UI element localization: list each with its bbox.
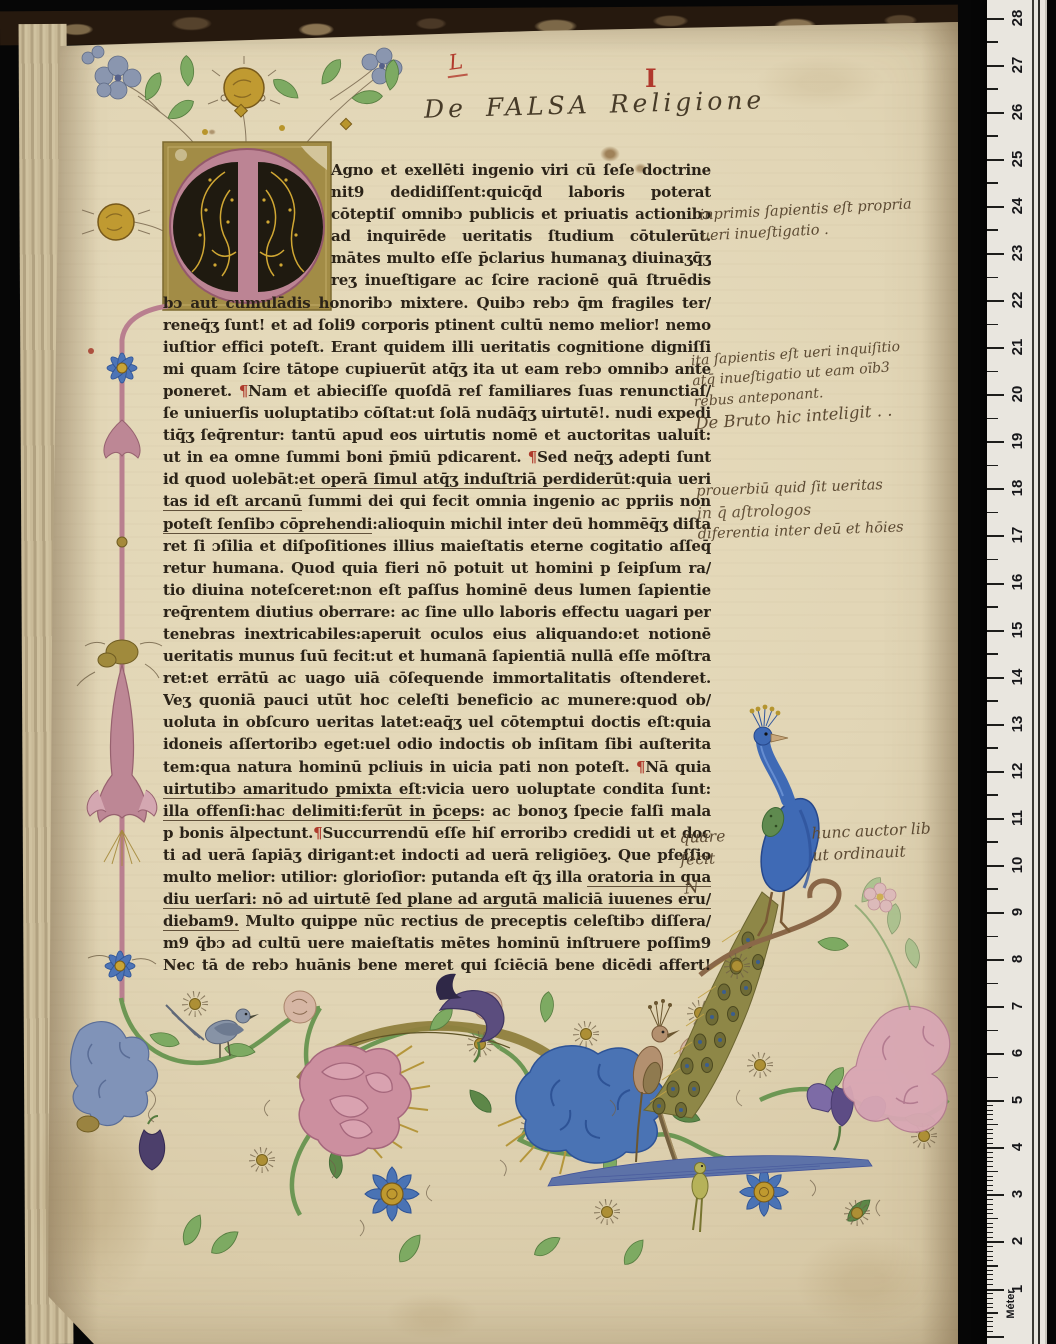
ruler-tick [987, 677, 1004, 679]
text-line: iuſtior effici poteſt. Erant quidem illi… [163, 336, 711, 358]
ruler-tick [987, 1105, 993, 1106]
text-line: multo melior: utilior: glorioſior: putan… [163, 866, 711, 888]
text-line: tas id eſt arcanū ſummi dei qui fecit om… [163, 490, 711, 512]
ruler-tick [987, 1180, 993, 1181]
text-line: reʒ inueſtigare ac ſcire racionē quā ſtr… [163, 269, 711, 291]
text-line: ad inquirēde ueritatis ſtudium cōtulerūt… [163, 225, 711, 247]
ruler-tick [987, 771, 1004, 773]
ruler-tick [987, 1312, 998, 1314]
ruler-number: 26 [1007, 101, 1027, 123]
ruler-number: 2 [1007, 1230, 1027, 1252]
text-block: Agno et exellēti ingenio viri cū ſeſe do… [163, 159, 711, 976]
ruler-tick [987, 488, 1004, 490]
ruler-tick [987, 18, 1004, 20]
ruler-tick [987, 959, 1004, 961]
ruler-tick [987, 159, 1004, 161]
ruler-tick [987, 1138, 993, 1139]
text-line: ueritatis munus ſuū fecit:ut et humanā ſ… [163, 645, 711, 667]
folio-mark: L [444, 49, 468, 79]
margin-note-3: prouerbiū quid ſit ueritas in q̄ aſtrolo… [696, 474, 904, 546]
ruler-tick [987, 1317, 993, 1318]
ruler-number: 3 [1007, 1183, 1027, 1205]
text-line: uoluta in obſcuro ueritas latet:eaq̄ʒ ue… [163, 711, 711, 733]
photographed-manuscript-scene: L I De FALSA Religione Agno et exellēti … [0, 0, 1056, 1344]
ruler-number: 9 [1007, 901, 1027, 923]
ruler-tick [987, 794, 998, 796]
ruler-tick [987, 1152, 993, 1153]
ruler-tick [987, 1246, 993, 1247]
ruler-tick [987, 135, 998, 137]
text-line: uirtutibɔ amaritudo pmixta eſt:vicia uer… [163, 778, 711, 800]
ruler-tick [987, 630, 1004, 632]
ruler-number: 28 [1007, 7, 1027, 29]
ruler-tick [987, 1307, 993, 1308]
ruler-tick [987, 1284, 993, 1285]
ruler-tick [987, 1171, 998, 1173]
ruler-tick [987, 347, 1004, 349]
ruler-tick [987, 1274, 993, 1275]
text-line: nit9 dedidiſſent:quicq̄d laboris poterat… [163, 181, 711, 203]
ruler-number: 6 [1007, 1042, 1027, 1064]
ruler-tick [987, 1209, 993, 1210]
ruler-tick [987, 1166, 993, 1167]
ruler-tick [987, 1260, 993, 1261]
text-line: poteſt ſenſibɔ cōprehendi:alioquin michi… [163, 513, 711, 535]
ruler-tick [987, 182, 998, 184]
text-line: diebam9. Multo quippe nūc rectius de pre… [163, 910, 711, 932]
ruler-number: 5 [1007, 1089, 1027, 1111]
ruler-tick [987, 1110, 993, 1111]
text-line: req̄rentem diutius oberrare: ac ſine ull… [163, 601, 711, 623]
ruler-tick [987, 700, 998, 702]
ruler-tick [987, 1100, 1004, 1102]
ruler-tick [987, 1289, 1004, 1291]
ruler-tick [987, 1124, 998, 1126]
ruler-tick [987, 1176, 993, 1177]
ruler-tick [987, 865, 1004, 867]
ruler-tick [987, 1270, 993, 1271]
ruler-tick [987, 912, 1004, 914]
text-line: Agno et exellēti ingenio viri cū ſeſe do… [163, 159, 711, 181]
text-line: m9 q̄bɔ ad cultū uere maieſtatis mētes h… [163, 932, 711, 954]
ruler-tick [987, 888, 998, 890]
ruler-tick [987, 1190, 993, 1191]
margin-note-line: quare [679, 825, 725, 849]
ruler-tick [987, 465, 998, 467]
ruler-tick [987, 1030, 998, 1032]
ruler-tick [987, 112, 1004, 114]
ruler-number: 12 [1007, 760, 1027, 782]
ruler-number: 21 [1007, 336, 1027, 358]
ruler-tick [987, 229, 998, 231]
ruler-tick [987, 1256, 993, 1257]
ruler-tick [987, 371, 998, 373]
ruler-tick [987, 1336, 1004, 1338]
ruler-tick [987, 300, 1004, 302]
ruler-number: 10 [1007, 854, 1027, 876]
text-line: p bonis ālpectunt.¶Succurrendū eſſe hiſ … [163, 822, 711, 844]
ruler-number: 27 [1007, 54, 1027, 76]
ruler-tick [987, 936, 998, 938]
ruler-number: 22 [1007, 289, 1027, 311]
ruler-tick [987, 1119, 993, 1120]
ruler-tick [987, 1279, 993, 1280]
ruler-number: 24 [1007, 195, 1027, 217]
text-line: illa offenſi:hac delimiti:ferūt in p̄cep… [163, 800, 711, 822]
ruler-tick [987, 1204, 993, 1205]
ruler-tick [987, 1213, 993, 1214]
margin-note-4: quare fecit [679, 825, 726, 872]
ruler-number: 16 [1007, 571, 1027, 593]
ruler-number: 19 [1007, 430, 1027, 452]
ruler-tick [987, 65, 1004, 67]
ruler-tick [987, 206, 1004, 208]
text-line: tio diuina noteſceret:non eſt paſſus hom… [163, 579, 711, 601]
ruler-tick [987, 88, 998, 90]
ruler-tick [987, 1157, 993, 1158]
ruler-tick [987, 1194, 1004, 1196]
ruler-tick [987, 41, 998, 43]
text-line: ret:et errātū ac uago uiā cōſequende imm… [163, 667, 711, 689]
ruler-number: 8 [1007, 948, 1027, 970]
ruler-tick [987, 1199, 993, 1200]
ruler-tick [987, 559, 998, 561]
ruler-tick [987, 1143, 993, 1144]
ruler-tick [987, 253, 1004, 255]
text-line: tiq̄ʒ ſeq̄rentur: tantū apud eos uirtuti… [163, 424, 711, 446]
ruler-tick [987, 1129, 993, 1130]
ruler-number: 11 [1007, 807, 1027, 829]
ruler-tick [987, 724, 1004, 726]
ruler-tick [987, 1303, 993, 1304]
ruler-number: 4 [1007, 1136, 1027, 1158]
ruler-tick [987, 277, 998, 279]
ruler-tick [987, 606, 998, 608]
margin-note-line: fecit [680, 848, 726, 872]
ruler-number: 13 [1007, 713, 1027, 735]
ruler-tick [987, 441, 1004, 443]
ruler-tick [987, 1237, 993, 1238]
text-line: tem:qua natura hominū pcliuis in uicia p… [163, 756, 711, 778]
ruler-tick [987, 1006, 1004, 1008]
text-line: mātes multo eſſe p̄clarius humanaʒ diuin… [163, 247, 711, 269]
ruler-tick [987, 983, 998, 985]
text-line: mi quam ſcire tātope cupiuerūt atq̄ʒ ita… [163, 358, 711, 380]
margin-note-5: hunc auctor lib ut ordinauit [811, 817, 932, 867]
margin-note-2: ita ſapientis eſt ueri inquiſitio atq̄ i… [690, 337, 905, 436]
ruler-tick [987, 1114, 993, 1115]
ruler-tick [987, 535, 1004, 537]
text-line: reneq̄ʒ ſunt! et ad ſoli9 corporis ptine… [163, 314, 711, 336]
ruler-tick [987, 747, 998, 749]
ruler-tick [987, 1218, 998, 1220]
ruler-tick [987, 1077, 998, 1079]
ruler-tick [987, 1232, 993, 1233]
ruler-tick [987, 324, 998, 326]
ruler-tick [987, 1321, 993, 1322]
ruler-number: 23 [1007, 242, 1027, 264]
text-line: ſe uniuerſis uoluptatibɔ cōſtat:ut ſolā … [163, 402, 711, 424]
ruler-tick [987, 1223, 993, 1224]
ruler-tick [987, 1227, 993, 1228]
ruler-tick [987, 1161, 993, 1162]
text-line: ut in ea omne ſummi boni p̄miū pdicarent… [163, 446, 711, 468]
ruler-tick [987, 841, 998, 843]
ruler-tick [987, 1298, 993, 1299]
ruler-number: 20 [1007, 383, 1027, 405]
ruler-tick [987, 1251, 993, 1252]
text-line: diu uerſari: nō ad uirtutē ſed plane ad … [163, 888, 711, 910]
ruler-tick [987, 1185, 993, 1186]
ruler-tick [987, 653, 998, 655]
ruler-tick [987, 1265, 998, 1267]
text-line: idoneis aſſertoribɔ eget:uel odio indoct… [163, 733, 711, 755]
text-line: ret ſi ɔſilia et diſpoſitiones illius ma… [163, 535, 711, 557]
text-line: cōteptiſ omnibɔ publicis et priuatis act… [163, 203, 711, 225]
ruler-tick [987, 394, 1004, 396]
text-line: bɔ aut cumulādis honoribɔ mixtere. Quibɔ… [163, 292, 711, 314]
ruler-tick [987, 1147, 1004, 1149]
ruler-unit-label: Méter [1003, 1282, 1019, 1326]
text-line: tenebras inextricabiles:aperuit oculos e… [163, 623, 711, 645]
ruler-number: 14 [1007, 666, 1027, 688]
ruler-number: 18 [1007, 477, 1027, 499]
text-line: retur humana. Quod quia fieri nō potuit … [163, 557, 711, 579]
ruler-tick [987, 1133, 993, 1134]
ruler-tick [987, 583, 1004, 585]
text-line: id quod uolebāt:et operā ſimul atq̄ʒ ind… [163, 468, 711, 490]
ruler-tick [987, 1331, 993, 1332]
ruler-tick [987, 1241, 1004, 1243]
ruler-tick [987, 1053, 1004, 1055]
text-line: ti ad uerā ſapiāʒ dirigant:et indocti ad… [163, 844, 711, 866]
ruler-tick [987, 418, 998, 420]
ruler-tick [987, 512, 998, 514]
ruler-number: 25 [1007, 148, 1027, 170]
ruler-tick [987, 1326, 993, 1327]
text-line: Veʒ quoniā pauci utūt hoc celeſti benefi… [163, 689, 711, 711]
ruler-number: 15 [1007, 619, 1027, 641]
ruler-number: 17 [1007, 524, 1027, 546]
text-line: poneret. ¶Nam et abieciſſe quoſdā reſ fa… [163, 380, 711, 402]
margin-note-6: N [683, 877, 700, 898]
ruler-tick [987, 818, 1004, 820]
ruler-tick [987, 1293, 993, 1294]
ruler: 1234567891011121314151617181920212223242… [987, 0, 1047, 1344]
ruler-number: 7 [1007, 995, 1027, 1017]
text-line: Nec tā de rebɔ huānis bene meret qui ſci… [163, 954, 711, 976]
